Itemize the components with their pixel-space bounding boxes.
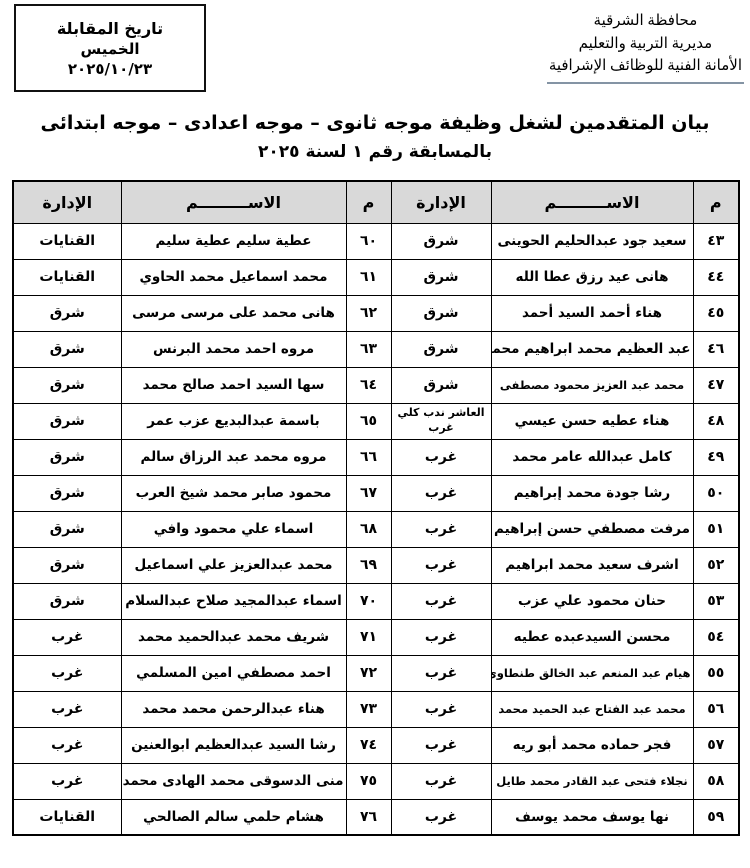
table-row: ٥٧فجر حماده محمد أبو ريهغرب٧٤رشا السيد ع… — [13, 727, 739, 763]
name-cell-left: مروه احمد محمد البرنس — [121, 331, 346, 367]
num-cell-left: ٧٤ — [346, 727, 391, 763]
name-cell-left: اسماء علي محمود وافي — [121, 511, 346, 547]
document-title: بيان المتقدمين لشغل وظيفة موجه ثانوى – م… — [0, 112, 750, 162]
admin-cell-left: غرب — [13, 763, 121, 799]
num-cell-right: ٥٦ — [693, 691, 739, 727]
num-cell-right: ٥٤ — [693, 619, 739, 655]
name-cell-right: هانى عيد رزق عطا الله — [491, 259, 693, 295]
admin-cell-right: شرق — [391, 331, 491, 367]
num-cell-left: ٦٥ — [346, 403, 391, 439]
num-cell-right: ٤٣ — [693, 223, 739, 259]
title-line2: بالمسابقة رقم ١ لسنة ٢٠٢٥ — [0, 142, 750, 162]
admin-cell-left: شرق — [13, 331, 121, 367]
num-cell-left: ٧٢ — [346, 655, 391, 691]
num-cell-right: ٥٢ — [693, 547, 739, 583]
table-row: ٤٤هانى عيد رزق عطا اللهشرق٦١محمد اسماعيل… — [13, 259, 739, 295]
name-cell-left: محمد اسماعيل محمد الحاوي — [121, 259, 346, 295]
name-cell-right: سعيد جود عبدالحليم الحوينى — [491, 223, 693, 259]
table-row: ٥٣حنان محمود علي عزبغرب٧٠اسماء عبدالمجيد… — [13, 583, 739, 619]
table-row: ٥٨نجلاء فتحى عبد القادر محمد طايلغرب٧٥من… — [13, 763, 739, 799]
interview-date-value: ٢٠٢٥/١٠/٢٣ — [68, 60, 152, 78]
table-row: ٥٤محسن السيدعبده عطيهغرب٧١شريف محمد عبدا… — [13, 619, 739, 655]
num-cell-left: ٦٧ — [346, 475, 391, 511]
interview-date-label: تاريخ المقابلة — [57, 19, 163, 38]
interview-date-box: تاريخ المقابلة الخميس ٢٠٢٥/١٠/٢٣ — [14, 4, 206, 92]
header-num-left: م — [346, 181, 391, 223]
admin-cell-right: غرب — [391, 547, 491, 583]
name-cell-right: نها يوسف محمد يوسف — [491, 799, 693, 835]
name-cell-right: محمد عبد الفتاح عبد الحميد محمد — [491, 691, 693, 727]
table-row: ٥٩نها يوسف محمد يوسفغرب٧٦هشام حلمي سالم … — [13, 799, 739, 835]
admin-cell-left: شرق — [13, 439, 121, 475]
num-cell-left: ٦٣ — [346, 331, 391, 367]
admin-cell-right: شرق — [391, 223, 491, 259]
name-cell-left: هناء عبدالرحمن محمد محمد — [121, 691, 346, 727]
num-cell-right: ٥٠ — [693, 475, 739, 511]
interview-day: الخميس — [81, 40, 140, 58]
admin-cell-right: شرق — [391, 367, 491, 403]
name-cell-left: احمد مصطفي امين المسلمي — [121, 655, 346, 691]
admin-cell-left: غرب — [13, 655, 121, 691]
name-cell-left: اسماء عبدالمجيد صلاح عبدالسلام — [121, 583, 346, 619]
header-admin-left: الإدارة — [13, 181, 121, 223]
name-cell-right: عبد العظيم محمد ابراهيم محمد — [491, 331, 693, 367]
header-name-right: الاســـــــــم — [491, 181, 693, 223]
secretariat-name: الأمانة الفنية للوظائف الإشرافية — [547, 55, 744, 84]
admin-cell-left: شرق — [13, 475, 121, 511]
admin-cell-right: غرب — [391, 475, 491, 511]
admin-cell-right: غرب — [391, 691, 491, 727]
name-cell-right: هناء أحمد السيد أحمد — [491, 295, 693, 331]
num-cell-right: ٥٨ — [693, 763, 739, 799]
name-cell-right: حنان محمود علي عزب — [491, 583, 693, 619]
admin-cell-left: غرب — [13, 619, 121, 655]
num-cell-right: ٤٦ — [693, 331, 739, 367]
num-cell-right: ٤٨ — [693, 403, 739, 439]
admin-cell-right: غرب — [391, 727, 491, 763]
name-cell-right: هيام عبد المنعم عبد الخالق طنطاوى — [491, 655, 693, 691]
admin-cell-left: غرب — [13, 727, 121, 763]
admin-cell-left: شرق — [13, 403, 121, 439]
num-cell-left: ٦٢ — [346, 295, 391, 331]
table-row: ٤٨هناء عطيه حسن عيسيالعاشر ندب كليغرب٦٥ب… — [13, 403, 739, 439]
num-cell-left: ٧٠ — [346, 583, 391, 619]
governorate-name: محافظة الشرقية — [547, 10, 744, 33]
name-cell-left: شريف محمد عبدالحميد محمد — [121, 619, 346, 655]
name-cell-left: محمود صابر محمد شيخ العرب — [121, 475, 346, 511]
admin-cell-left: القنايات — [13, 259, 121, 295]
num-cell-left: ٧٦ — [346, 799, 391, 835]
name-cell-left: هانى محمد على مرسى مرسى — [121, 295, 346, 331]
admin-cell-left: شرق — [13, 511, 121, 547]
name-cell-left: عطية سليم عطية سليم — [121, 223, 346, 259]
header-admin-right: الإدارة — [391, 181, 491, 223]
admin-cell-right: غرب — [391, 619, 491, 655]
num-cell-left: ٧٥ — [346, 763, 391, 799]
name-cell-left: رشا السيد عبدالعظيم ابوالعنين — [121, 727, 346, 763]
table-row: ٤٧محمد عبد العزيز محمود مصطفىشرق٦٤سها ال… — [13, 367, 739, 403]
admin-cell-right: غرب — [391, 511, 491, 547]
table-row: ٥٢اشرف سعيد محمد ابراهيمغرب٦٩محمد عبدالع… — [13, 547, 739, 583]
table-row: ٥١مرفت مصطفي حسن إبراهيمغرب٦٨اسماء علي م… — [13, 511, 739, 547]
name-cell-left: سها السيد احمد صالح محمد — [121, 367, 346, 403]
admin-cell-line2: غرب — [394, 421, 489, 436]
header-num-right: م — [693, 181, 739, 223]
header-row: م الاســـــــــم الإدارة م الاســـــــــ… — [13, 181, 739, 223]
name-cell-left: مروه محمد عبد الرزاق سالم — [121, 439, 346, 475]
num-cell-right: ٤٩ — [693, 439, 739, 475]
header-name-left: الاســـــــــم — [121, 181, 346, 223]
org-letterhead: محافظة الشرقية مديرية التربية والتعليم ا… — [547, 10, 744, 84]
admin-cell-right: العاشر ندب كليغرب — [391, 403, 491, 439]
num-cell-right: ٤٥ — [693, 295, 739, 331]
num-cell-right: ٥٧ — [693, 727, 739, 763]
name-cell-right: اشرف سعيد محمد ابراهيم — [491, 547, 693, 583]
num-cell-right: ٤٤ — [693, 259, 739, 295]
num-cell-left: ٦٠ — [346, 223, 391, 259]
admin-cell-right: غرب — [391, 655, 491, 691]
num-cell-left: ٧٣ — [346, 691, 391, 727]
document-page: { "colors": { "header_bg": "#d9d9d9", "u… — [0, 0, 750, 868]
directorate-name: مديرية التربية والتعليم — [547, 33, 744, 56]
num-cell-right: ٥٥ — [693, 655, 739, 691]
table-row: ٥٥هيام عبد المنعم عبد الخالق طنطاوىغرب٧٢… — [13, 655, 739, 691]
admin-cell-right: شرق — [391, 295, 491, 331]
num-cell-right: ٥٩ — [693, 799, 739, 835]
admin-cell-left: القنايات — [13, 799, 121, 835]
admin-cell-right: غرب — [391, 763, 491, 799]
num-cell-left: ٧١ — [346, 619, 391, 655]
num-cell-left: ٦٨ — [346, 511, 391, 547]
table-body: ٤٣سعيد جود عبدالحليم الحوينىشرق٦٠عطية سل… — [13, 223, 739, 835]
num-cell-right: ٥٣ — [693, 583, 739, 619]
admin-cell-left: شرق — [13, 583, 121, 619]
applicants-table: م الاســـــــــم الإدارة م الاســـــــــ… — [12, 180, 740, 836]
name-cell-right: هناء عطيه حسن عيسي — [491, 403, 693, 439]
table-row: ٥٠رشا جودة محمد إبراهيمغرب٦٧محمود صابر م… — [13, 475, 739, 511]
table-row: ٥٦محمد عبد الفتاح عبد الحميد محمدغرب٧٣هن… — [13, 691, 739, 727]
table-header: م الاســـــــــم الإدارة م الاســـــــــ… — [13, 181, 739, 223]
name-cell-left: محمد عبدالعزيز علي اسماعيل — [121, 547, 346, 583]
name-cell-right: كامل عبدالله عامر محمد — [491, 439, 693, 475]
admin-cell-right: غرب — [391, 439, 491, 475]
name-cell-right: محسن السيدعبده عطيه — [491, 619, 693, 655]
num-cell-right: ٤٧ — [693, 367, 739, 403]
name-cell-right: مرفت مصطفي حسن إبراهيم — [491, 511, 693, 547]
title-line1: بيان المتقدمين لشغل وظيفة موجه ثانوى – م… — [0, 112, 750, 134]
admin-cell-left: القنايات — [13, 223, 121, 259]
num-cell-left: ٦١ — [346, 259, 391, 295]
name-cell-left: باسمة عبدالبديع عزب عمر — [121, 403, 346, 439]
admin-cell-right: غرب — [391, 799, 491, 835]
admin-cell-left: شرق — [13, 367, 121, 403]
admin-cell-right: شرق — [391, 259, 491, 295]
name-cell-right: نجلاء فتحى عبد القادر محمد طايل — [491, 763, 693, 799]
name-cell-right: فجر حماده محمد أبو ريه — [491, 727, 693, 763]
table-row: ٤٦عبد العظيم محمد ابراهيم محمدشرق٦٣مروه … — [13, 331, 739, 367]
admin-cell-left: شرق — [13, 295, 121, 331]
admin-cell-left: شرق — [13, 547, 121, 583]
name-cell-left: هشام حلمي سالم الصالحي — [121, 799, 346, 835]
admin-cell-right: غرب — [391, 583, 491, 619]
admin-cell-left: غرب — [13, 691, 121, 727]
table-row: ٤٣سعيد جود عبدالحليم الحوينىشرق٦٠عطية سل… — [13, 223, 739, 259]
num-cell-right: ٥١ — [693, 511, 739, 547]
num-cell-left: ٦٩ — [346, 547, 391, 583]
name-cell-right: محمد عبد العزيز محمود مصطفى — [491, 367, 693, 403]
name-cell-right: رشا جودة محمد إبراهيم — [491, 475, 693, 511]
table-row: ٤٥هناء أحمد السيد أحمدشرق٦٢هانى محمد على… — [13, 295, 739, 331]
table-row: ٤٩كامل عبدالله عامر محمدغرب٦٦مروه محمد ع… — [13, 439, 739, 475]
name-cell-left: منى الدسوقى محمد الهادى محمد — [121, 763, 346, 799]
num-cell-left: ٦٦ — [346, 439, 391, 475]
num-cell-left: ٦٤ — [346, 367, 391, 403]
